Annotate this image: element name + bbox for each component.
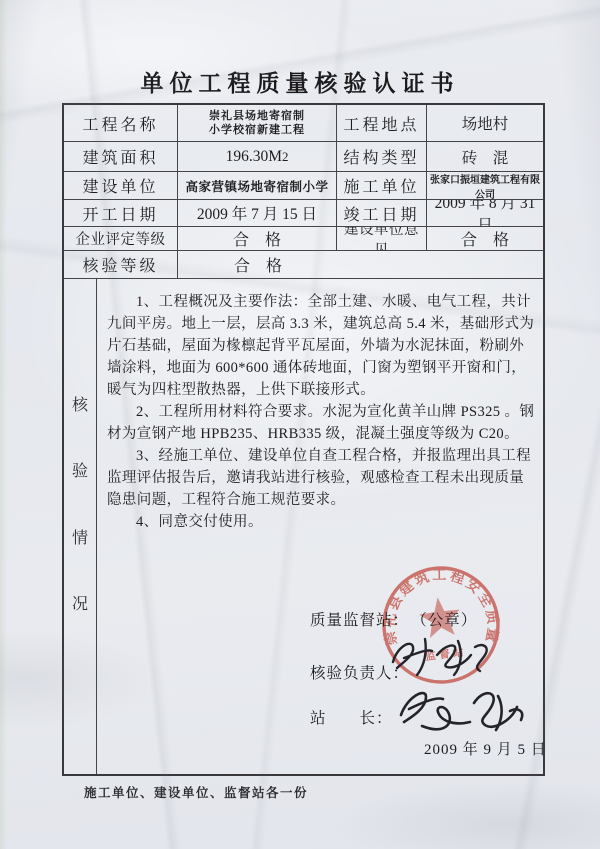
label-start-date: 开工日期	[64, 200, 178, 227]
paragraph-overview: 1、工程概况及主要作法：全部土建、水暖、电气工程，共计九间平房。地上一层，层高 …	[107, 291, 537, 401]
building-area-number: 196.30M	[226, 148, 282, 166]
side-char-3: 情	[72, 525, 88, 548]
label-construction-owner: 建设单位	[64, 172, 178, 200]
verification-section: 核 验 情 况 1、工程概况及主要作法：全部土建、水暖、电气工程，共计九间平房。…	[64, 279, 543, 774]
station-line: 质量监督站：（公章）	[310, 610, 477, 632]
label-project-location: 工程地点	[337, 105, 427, 142]
document-page: 单位工程质量核验认证书 工程名称 崇礼县场地寄宿制 小学校宿新建工程 工程地点 …	[0, 0, 600, 849]
label-owner-opinion: 建设单位意见	[337, 227, 427, 251]
director-label: 站 长：	[310, 710, 393, 727]
certificate-date: 2009 年 9 月 5 日	[424, 739, 547, 761]
verification-side-label: 核 验 情 况	[64, 279, 97, 774]
label-completion-date: 竣工日期	[337, 200, 427, 227]
distribution-note: 施工单位、建设单位、监督站各一份	[84, 783, 308, 801]
value-completion-date: 2009 年 8 月 31 日	[427, 200, 543, 227]
side-char-4: 况	[72, 591, 88, 614]
value-building-area: 196.30M2	[178, 142, 337, 172]
side-char-1: 核	[72, 392, 88, 415]
seal-note: （公章）	[419, 612, 477, 629]
building-area-sup: 2	[282, 149, 288, 165]
value-project-location: 场地村	[427, 105, 543, 142]
label-verification-grade: 核验等级	[64, 251, 178, 279]
label-building-area: 建筑面积	[64, 142, 178, 172]
paragraph-materials: 2、工程所用材料符合要求。水泥为宣化黄羊山牌 PS325 。钢材为宣钢产地 HP…	[107, 401, 537, 445]
label-contractor: 施工单位	[337, 172, 427, 200]
value-structure-type: 砖 混	[427, 142, 543, 172]
value-project-name: 崇礼县场地寄宿制 小学校宿新建工程	[178, 105, 337, 142]
project-name-line1: 崇礼县场地寄宿制	[209, 109, 305, 123]
page-title: 单位工程质量核验认证书	[0, 65, 600, 98]
value-start-date: 2009 年 7 月 15 日	[178, 200, 337, 227]
paragraph-approval: 4、同意交付使用。	[107, 511, 537, 533]
director-line: 站 长：	[310, 708, 393, 730]
value-contractor: 张家口振垣建筑工程有限公司	[427, 172, 543, 200]
value-enterprise-grade: 合 格	[178, 227, 337, 251]
label-enterprise-grade: 企业评定等级	[64, 227, 178, 251]
director-handwritten-signature	[392, 681, 530, 735]
station-label: 质量监督站：	[310, 612, 409, 629]
info-grid: 工程名称 崇礼县场地寄宿制 小学校宿新建工程 工程地点 场地村 建筑面积 196…	[64, 105, 543, 279]
verifier-handwritten-signature	[387, 633, 492, 679]
value-owner-opinion: 合 格	[427, 227, 543, 251]
label-project-name: 工程名称	[64, 105, 178, 142]
project-name-line2: 小学校宿新建工程	[209, 123, 305, 137]
verification-content: 1、工程概况及主要作法：全部土建、水暖、电气工程，共计九间平房。地上一层，层高 …	[97, 279, 543, 774]
side-char-2: 验	[72, 458, 88, 481]
label-structure-type: 结构类型	[337, 142, 427, 172]
value-construction-owner: 高家营镇场地寄宿制小学	[178, 172, 337, 200]
certificate-table: 工程名称 崇礼县场地寄宿制 小学校宿新建工程 工程地点 场地村 建筑面积 196…	[62, 103, 545, 776]
value-verification-grade: 合 格	[178, 251, 543, 279]
paragraph-inspection: 3、经施工单位、建设单位自查工程合格，并报监理出具工程监理评估报告后，邀请我站进…	[107, 445, 537, 511]
